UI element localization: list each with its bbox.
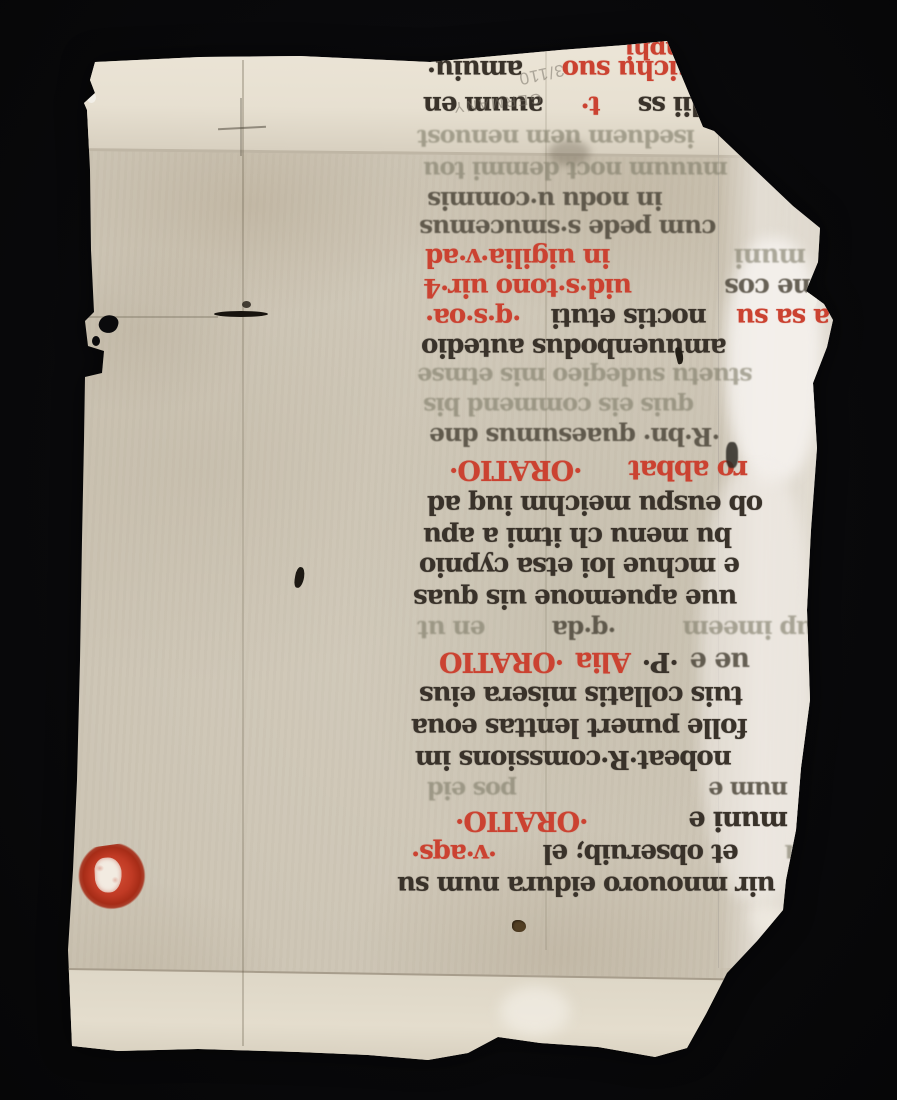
text-line: muniin uigilia·v·ad bbox=[426, 242, 806, 272]
edge-chip bbox=[87, 92, 96, 103]
text-line: up imeem·q·daen ut bbox=[418, 615, 814, 645]
text-segment: t· bbox=[582, 90, 601, 120]
photo-stage: o iis mphiuichu suoamuiu·e tilii sst·auu… bbox=[0, 0, 897, 1100]
text-line: a sa sunoctis etuti·q·s·oa· bbox=[426, 302, 830, 332]
text-segment: squ bbox=[785, 838, 834, 868]
text-segment: a sa su bbox=[737, 302, 830, 332]
text-line: ue e·P·Alia·ORATIO bbox=[440, 647, 750, 677]
text-line: me cosuid·s·tono uir·4 bbox=[424, 272, 820, 302]
text-line: tuis collatis misera eius bbox=[420, 680, 830, 710]
text-segment: ·P· bbox=[643, 647, 679, 678]
sewing-slit-mark bbox=[242, 301, 251, 308]
edge-chip bbox=[805, 290, 817, 309]
text-line: uir mnouoro eidura num su bbox=[398, 870, 832, 900]
text-line: folle punert lenttas eoua bbox=[412, 712, 832, 742]
ink-blot bbox=[726, 442, 738, 468]
text-line: muni e·ORATIO· bbox=[456, 806, 788, 836]
text-segment: folle punert lenttas eoua bbox=[412, 712, 748, 742]
text-segment: pos eid bbox=[428, 777, 517, 806]
sewing-slit bbox=[214, 311, 268, 317]
text-line: bu menu ch itmi a apu bbox=[424, 521, 826, 551]
text-segment: amuiu· bbox=[428, 54, 523, 84]
text-segment: up imeem bbox=[683, 616, 814, 645]
text-segment: ·ORATIO bbox=[440, 647, 564, 678]
text-line: cum pede s·smucemus bbox=[420, 214, 788, 244]
text-segment: uid·s·tono uir·4 bbox=[424, 272, 632, 302]
text-segment: ·q·da bbox=[553, 616, 617, 645]
cross-mark bbox=[240, 98, 242, 156]
text-segment: muni bbox=[735, 242, 806, 272]
text-segment: uichu suo bbox=[563, 54, 696, 84]
text-line: stuetu sudeqieo mis etmse bbox=[418, 362, 810, 392]
text-block: o iis mphiuichu suoamuiu·e tilii sst·auu… bbox=[0, 0, 897, 1100]
text-segment: Alia bbox=[576, 647, 631, 678]
text-line: nobeat·R·comssions im bbox=[416, 744, 814, 774]
text-segment: ob euspu meichm iuq ad bbox=[428, 489, 763, 519]
text-line: iseduem uem nenuost bbox=[418, 124, 766, 154]
wax-seal-core bbox=[94, 857, 122, 893]
text-segment: e mchue loi etsa cypnio bbox=[420, 551, 740, 581]
wax-seal-mark bbox=[74, 841, 150, 914]
text-segment: e tilii ss bbox=[639, 90, 744, 120]
text-segment: uir mnouoro eidura num su bbox=[398, 870, 776, 900]
text-line: muuum noct demmi tou bbox=[424, 156, 824, 186]
text-segment: tuis collatis misera eius bbox=[420, 680, 743, 710]
text-segment: muni e bbox=[689, 806, 788, 837]
text-line: num epos eid bbox=[428, 776, 788, 806]
text-line: e mchue loi etsa cypnio bbox=[420, 551, 828, 581]
manuscript-leaf-wrap: o iis mphiuichu suoamuiu·e tilii sst·auu… bbox=[0, 0, 897, 1100]
parchment-hole bbox=[92, 336, 100, 346]
text-line: ob euspu meichm iuq ad bbox=[428, 489, 826, 519]
text-segment: en ut bbox=[418, 616, 486, 645]
text-line: quis eis commend bis bbox=[424, 392, 800, 422]
text-segment: ·q·s·oa· bbox=[426, 302, 521, 332]
text-segment: ·v·aqs· bbox=[412, 838, 497, 868]
text-segment: ·ORATIO· bbox=[450, 455, 582, 486]
text-segment: quis eis commend bis bbox=[424, 393, 694, 422]
text-segment: iseduem uem nenuost bbox=[418, 125, 695, 154]
text-segment: et obseruib; el bbox=[544, 838, 739, 868]
stain-fleck bbox=[512, 920, 526, 932]
text-segment: noctis etuti bbox=[552, 302, 707, 332]
text-segment: ·ORATIO· bbox=[456, 806, 588, 837]
text-line: in nodu u·commis bbox=[428, 186, 758, 216]
text-segment: nobeat·R·comssions im bbox=[416, 744, 732, 774]
text-segment: ue e bbox=[691, 647, 750, 678]
text-line: ro abbat·ORATIO· bbox=[450, 455, 748, 485]
manuscript-leaf: o iis mphiuichu suoamuiu·e tilii sst·auu… bbox=[0, 0, 897, 1100]
text-segment: bu menu ch itmi a apu bbox=[424, 521, 732, 551]
text-segment: num e bbox=[709, 777, 788, 806]
text-line: squet obseruib; el·v·aqs· bbox=[412, 838, 834, 868]
edge-ink-mark bbox=[615, 31, 636, 39]
text-segment: in uigilia·v·ad bbox=[426, 242, 611, 272]
text-segment: muuum noct demmi tou bbox=[424, 157, 728, 186]
text-line: amuuenbodus autedio bbox=[422, 332, 766, 362]
text-segment: uue apuemoue uis quas bbox=[414, 583, 737, 613]
text-segment: ·R·bn· quaesumus dne bbox=[430, 423, 720, 452]
text-segment: in nodu u·commis bbox=[428, 187, 663, 216]
text-line: uue apuemoue uis quas bbox=[414, 583, 826, 613]
text-segment: stuetu sudeqieo mis etmse bbox=[418, 363, 753, 392]
text-segment: cum pede s·smucemus bbox=[420, 215, 716, 244]
